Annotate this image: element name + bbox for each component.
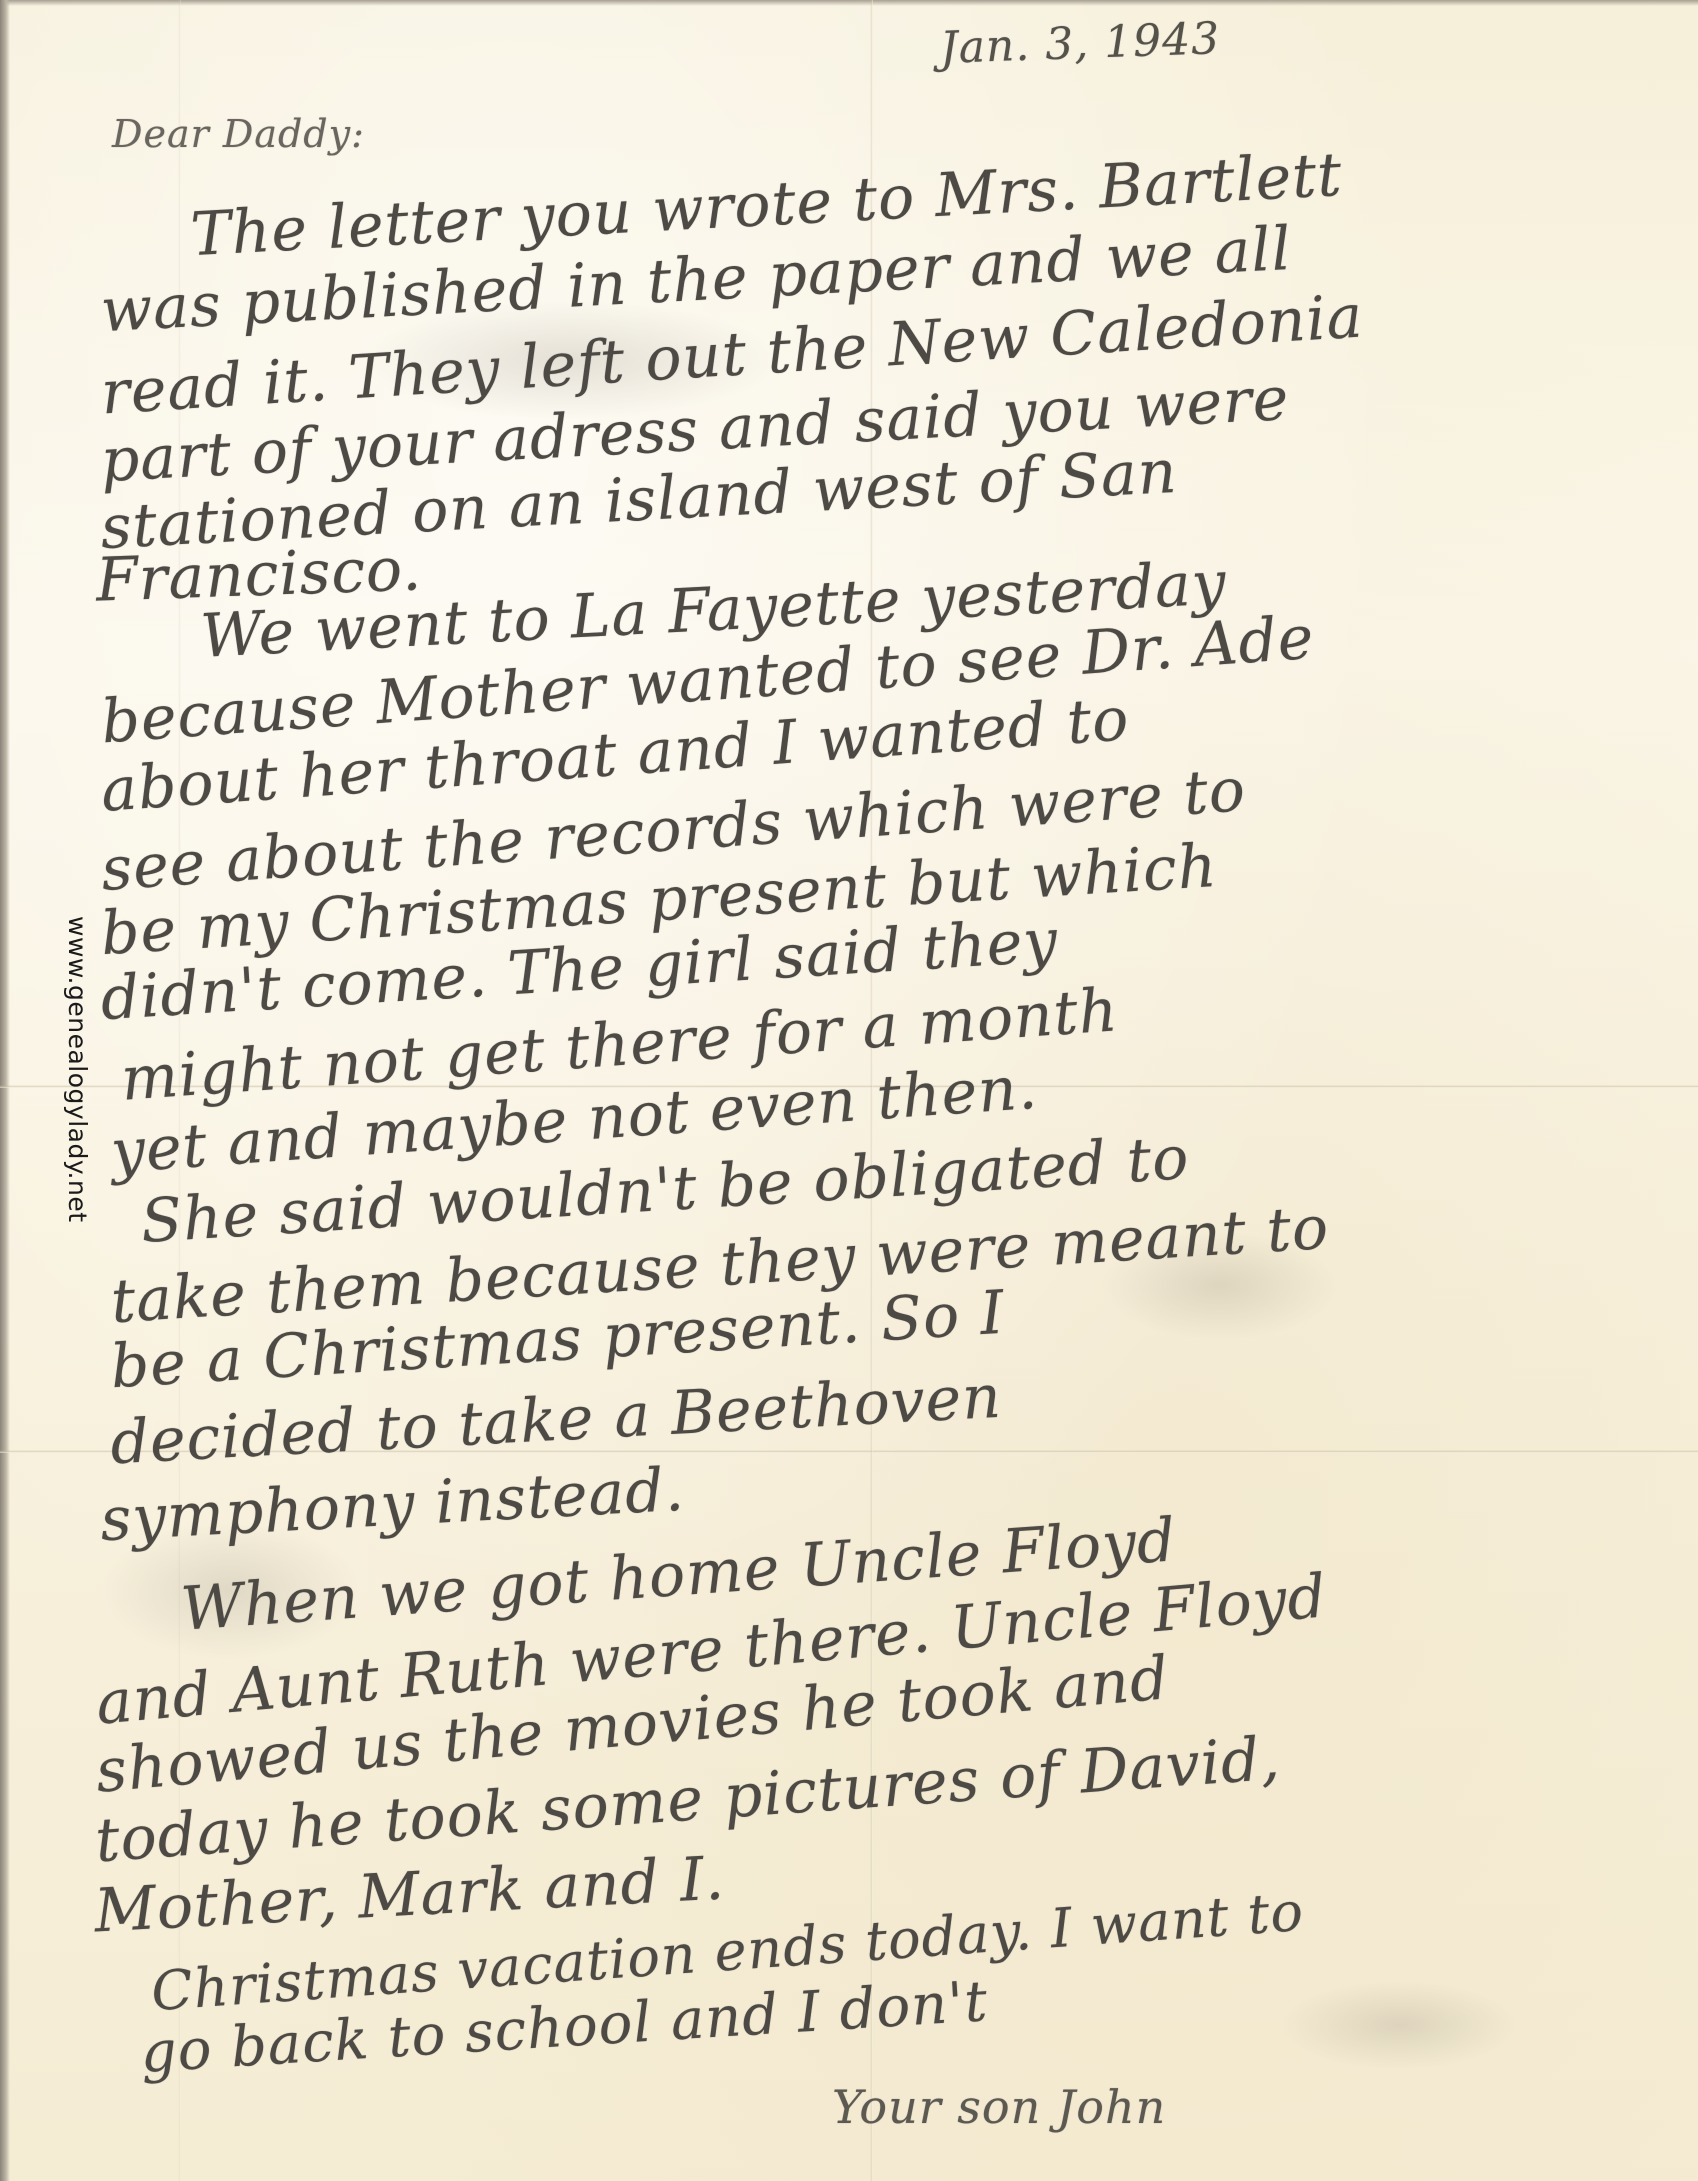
letter-date: Jan. 3, 1943	[939, 13, 1221, 74]
letter-salutation: Dear Daddy:	[112, 112, 365, 156]
paper-left-edge	[0, 0, 10, 2181]
letter-signature: Your son John	[832, 2080, 1166, 2134]
pencil-smudge	[1280, 1980, 1520, 2070]
paper-top-edge	[0, 0, 1698, 6]
watermark: www.genealogylady.net	[52, 916, 92, 1296]
letter-page: Jan. 3, 1943 Dear Daddy: The letter you …	[0, 0, 1698, 2181]
